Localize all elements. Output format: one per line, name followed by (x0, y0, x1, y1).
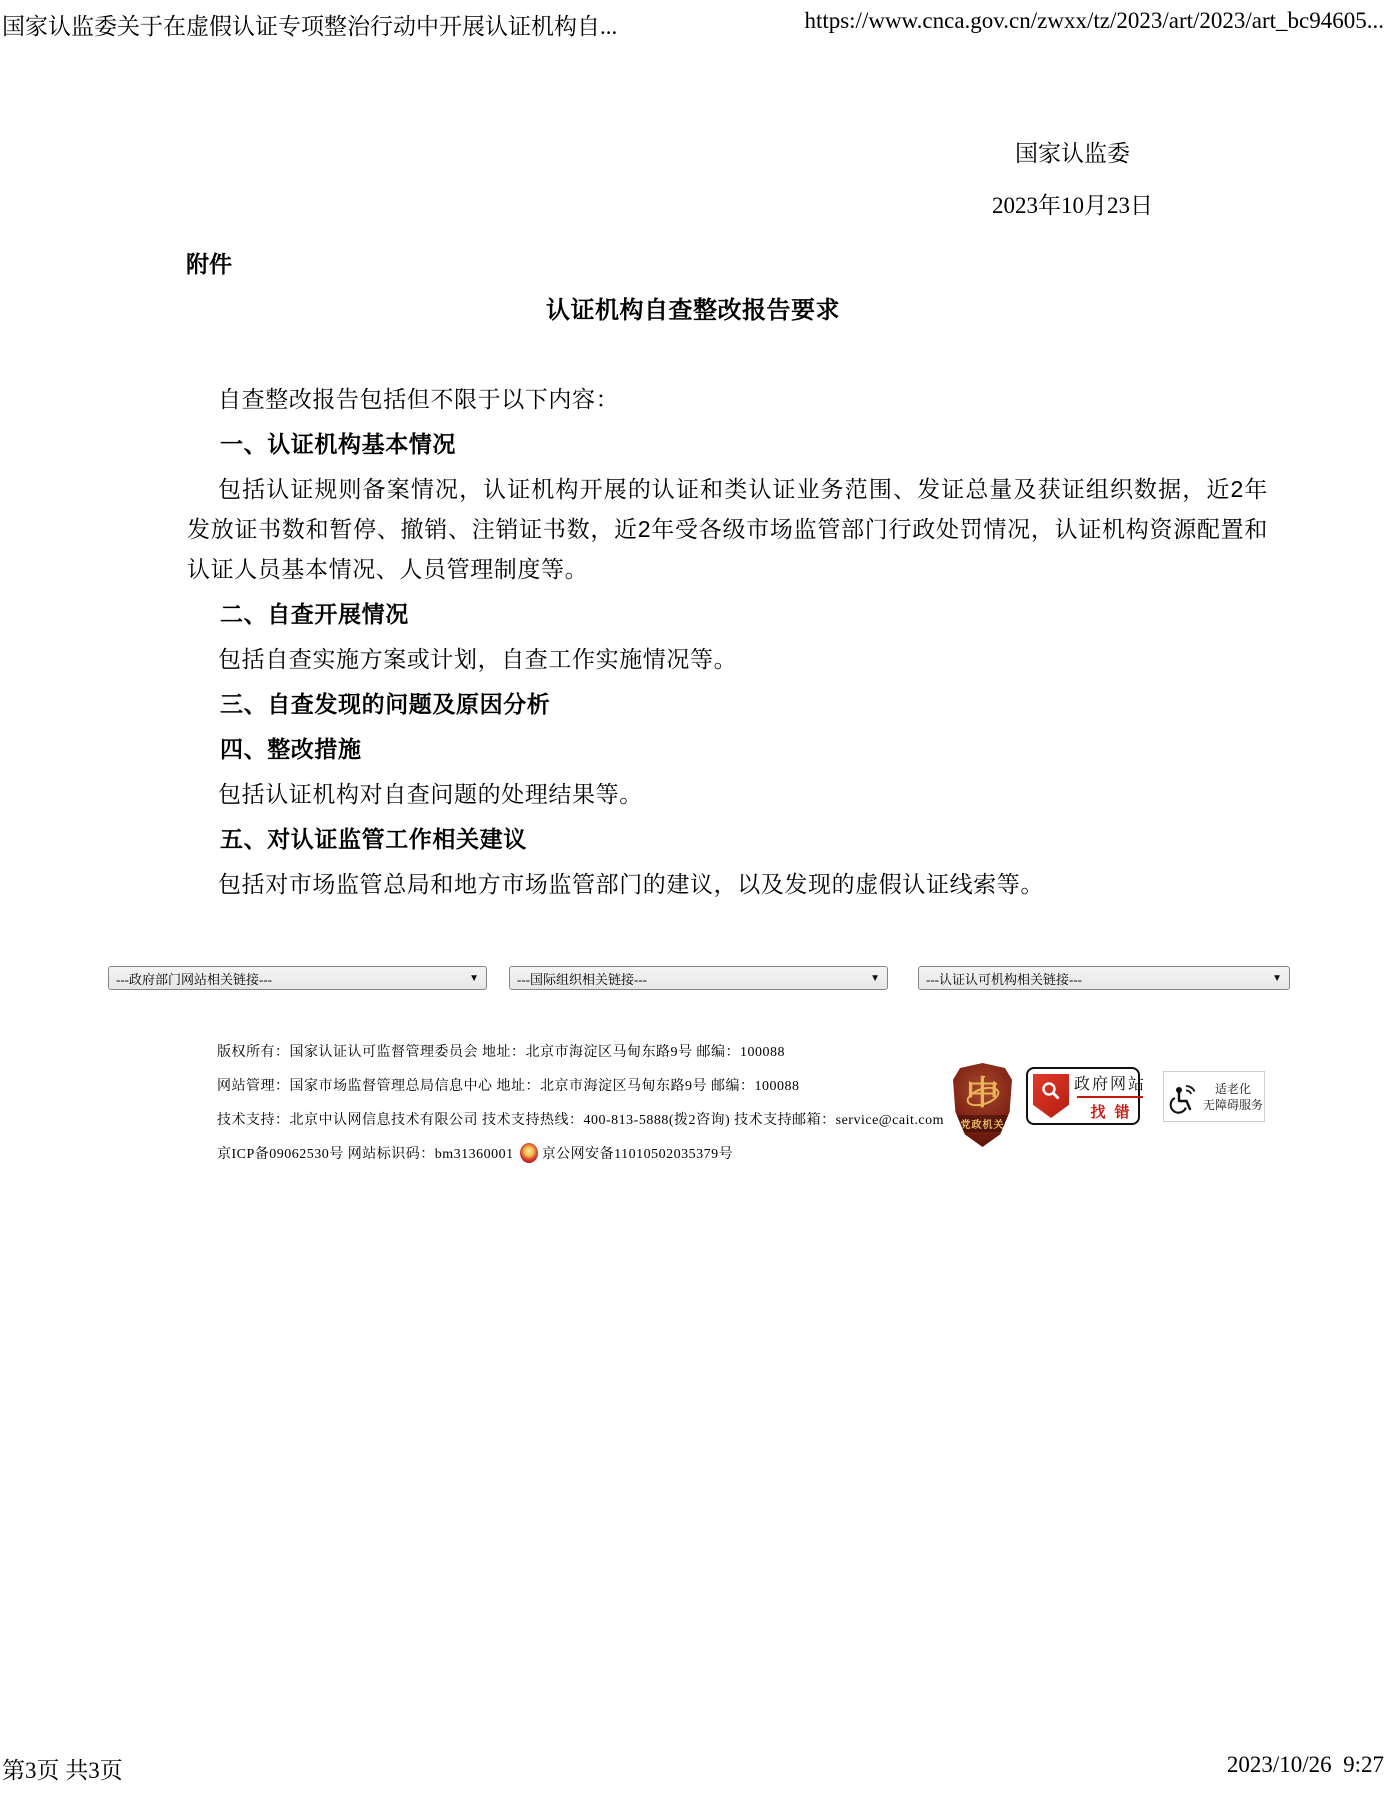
section-heading-3: 三、自查发现的问题及原因分析 (187, 684, 1268, 724)
footer-icp-line: 京ICP备09062530号 网站标识码：bm31360001京公网安备1101… (217, 1138, 944, 1172)
section-heading-2: 二、自查开展情况 (187, 594, 1268, 634)
link-select-government-sites[interactable]: ---政府部门网站相关链接--- ▼ (108, 966, 487, 990)
section-4-paragraph: 包括认证机构对自查问题的处理结果等。 (187, 774, 1268, 814)
footer-support-line: 技术支持：北京中认网信息技术有限公司 技术支持热线：400-813-5888(拨… (217, 1104, 944, 1138)
party-government-badge[interactable]: 中 党政机关 (953, 1063, 1012, 1147)
error-flag-icon (1033, 1074, 1069, 1118)
accessibility-service-badge[interactable]: 适老化 无障碍服务 (1163, 1071, 1265, 1122)
printed-webpage: 国家认监委关于在虚假认证专项整治行动中开展认证机构自... https://ww… (0, 0, 1386, 1793)
section-heading-4: 四、整改措施 (187, 729, 1268, 769)
accessibility-text: 适老化 无障碍服务 (1203, 1081, 1263, 1113)
accessibility-line1: 适老化 (1203, 1081, 1263, 1097)
document-body: 自查整改报告包括但不限于以下内容： 一、认证机构基本情况 包括认证规则备案情况，… (187, 379, 1268, 909)
intro-paragraph: 自查整改报告包括但不限于以下内容： (187, 379, 1268, 419)
wheelchair-wifi-icon (1169, 1078, 1199, 1116)
print-header-title: 国家认监委关于在虚假认证专项整治行动中开展认证机构自... (2, 8, 617, 41)
chevron-down-icon: ▼ (469, 973, 479, 984)
accessibility-line2: 无障碍服务 (1203, 1097, 1263, 1113)
link-select-government-label: ---政府部门网站相关链接--- (116, 969, 272, 988)
section-5-paragraph: 包括对市场监管总局和地方市场监管部门的建议，以及发现的虚假认证线索等。 (187, 864, 1268, 904)
print-header-url: https://www.cnca.gov.cn/zwxx/tz/2023/art… (804, 8, 1384, 41)
police-emblem-icon (520, 1143, 538, 1163)
shield-banner-label: 党政机关 (955, 1115, 1010, 1132)
document-title: 认证机构自查整改报告要求 (0, 290, 1386, 325)
footer-copyright-line: 版权所有：国家认证认可监督管理委员会 地址：北京市海淀区马甸东路9号 邮编：10… (217, 1036, 944, 1070)
footer-gongan-text[interactable]: 京公网安备11010502035379号 (542, 1147, 733, 1162)
gov-site-error-report-badge[interactable]: 政府网站 找错 (1026, 1067, 1140, 1125)
error-report-line1: 政府网站 (1074, 1071, 1146, 1094)
link-select-international-orgs[interactable]: ---国际组织相关链接--- ▼ (509, 966, 888, 990)
attachment-label: 附件 (186, 246, 232, 279)
link-select-certification-label: ---认证认可机构相关链接--- (926, 969, 1082, 988)
shield-icon: 中 党政机关 (953, 1063, 1012, 1147)
print-footer-datetime: 2023/10/26 9:27 (1227, 1752, 1384, 1778)
error-report-text: 政府网站 找错 (1074, 1071, 1146, 1122)
magnifier-icon (1039, 1080, 1063, 1104)
section-heading-5: 五、对认证监管工作相关建议 (187, 819, 1268, 859)
chevron-down-icon: ▼ (1272, 973, 1282, 984)
issue-date: 2023年10月23日 (880, 187, 1265, 220)
site-footer: 版权所有：国家认证认可监督管理委员会 地址：北京市海淀区马甸东路9号 邮编：10… (217, 1036, 944, 1172)
section-1-paragraph: 包括认证规则备案情况，认证机构开展的认证和类认证业务范围、发证总量及获证组织数据… (187, 469, 1268, 589)
issuer-name: 国家认监委 (880, 135, 1265, 168)
footer-management-line: 网站管理：国家市场监督管理总局信息中心 地址：北京市海淀区马甸东路9号 邮编：1… (217, 1070, 944, 1104)
print-header: 国家认监委关于在虚假认证专项整治行动中开展认证机构自... https://ww… (2, 8, 1384, 41)
chevron-down-icon: ▼ (870, 973, 880, 984)
error-report-divider (1077, 1096, 1143, 1098)
print-footer-page-info: 第3页 共3页 (2, 1752, 123, 1785)
link-select-international-label: ---国际组织相关链接--- (517, 969, 647, 988)
link-select-certification-bodies[interactable]: ---认证认可机构相关链接--- ▼ (918, 966, 1290, 990)
error-report-line2: 找错 (1074, 1101, 1155, 1122)
section-heading-1: 一、认证机构基本情况 (187, 424, 1268, 464)
footer-icp-text[interactable]: 京ICP备09062530号 网站标识码：bm31360001 (217, 1147, 514, 1162)
section-2-paragraph: 包括自查实施方案或计划，自查工作实施情况等。 (187, 639, 1268, 679)
